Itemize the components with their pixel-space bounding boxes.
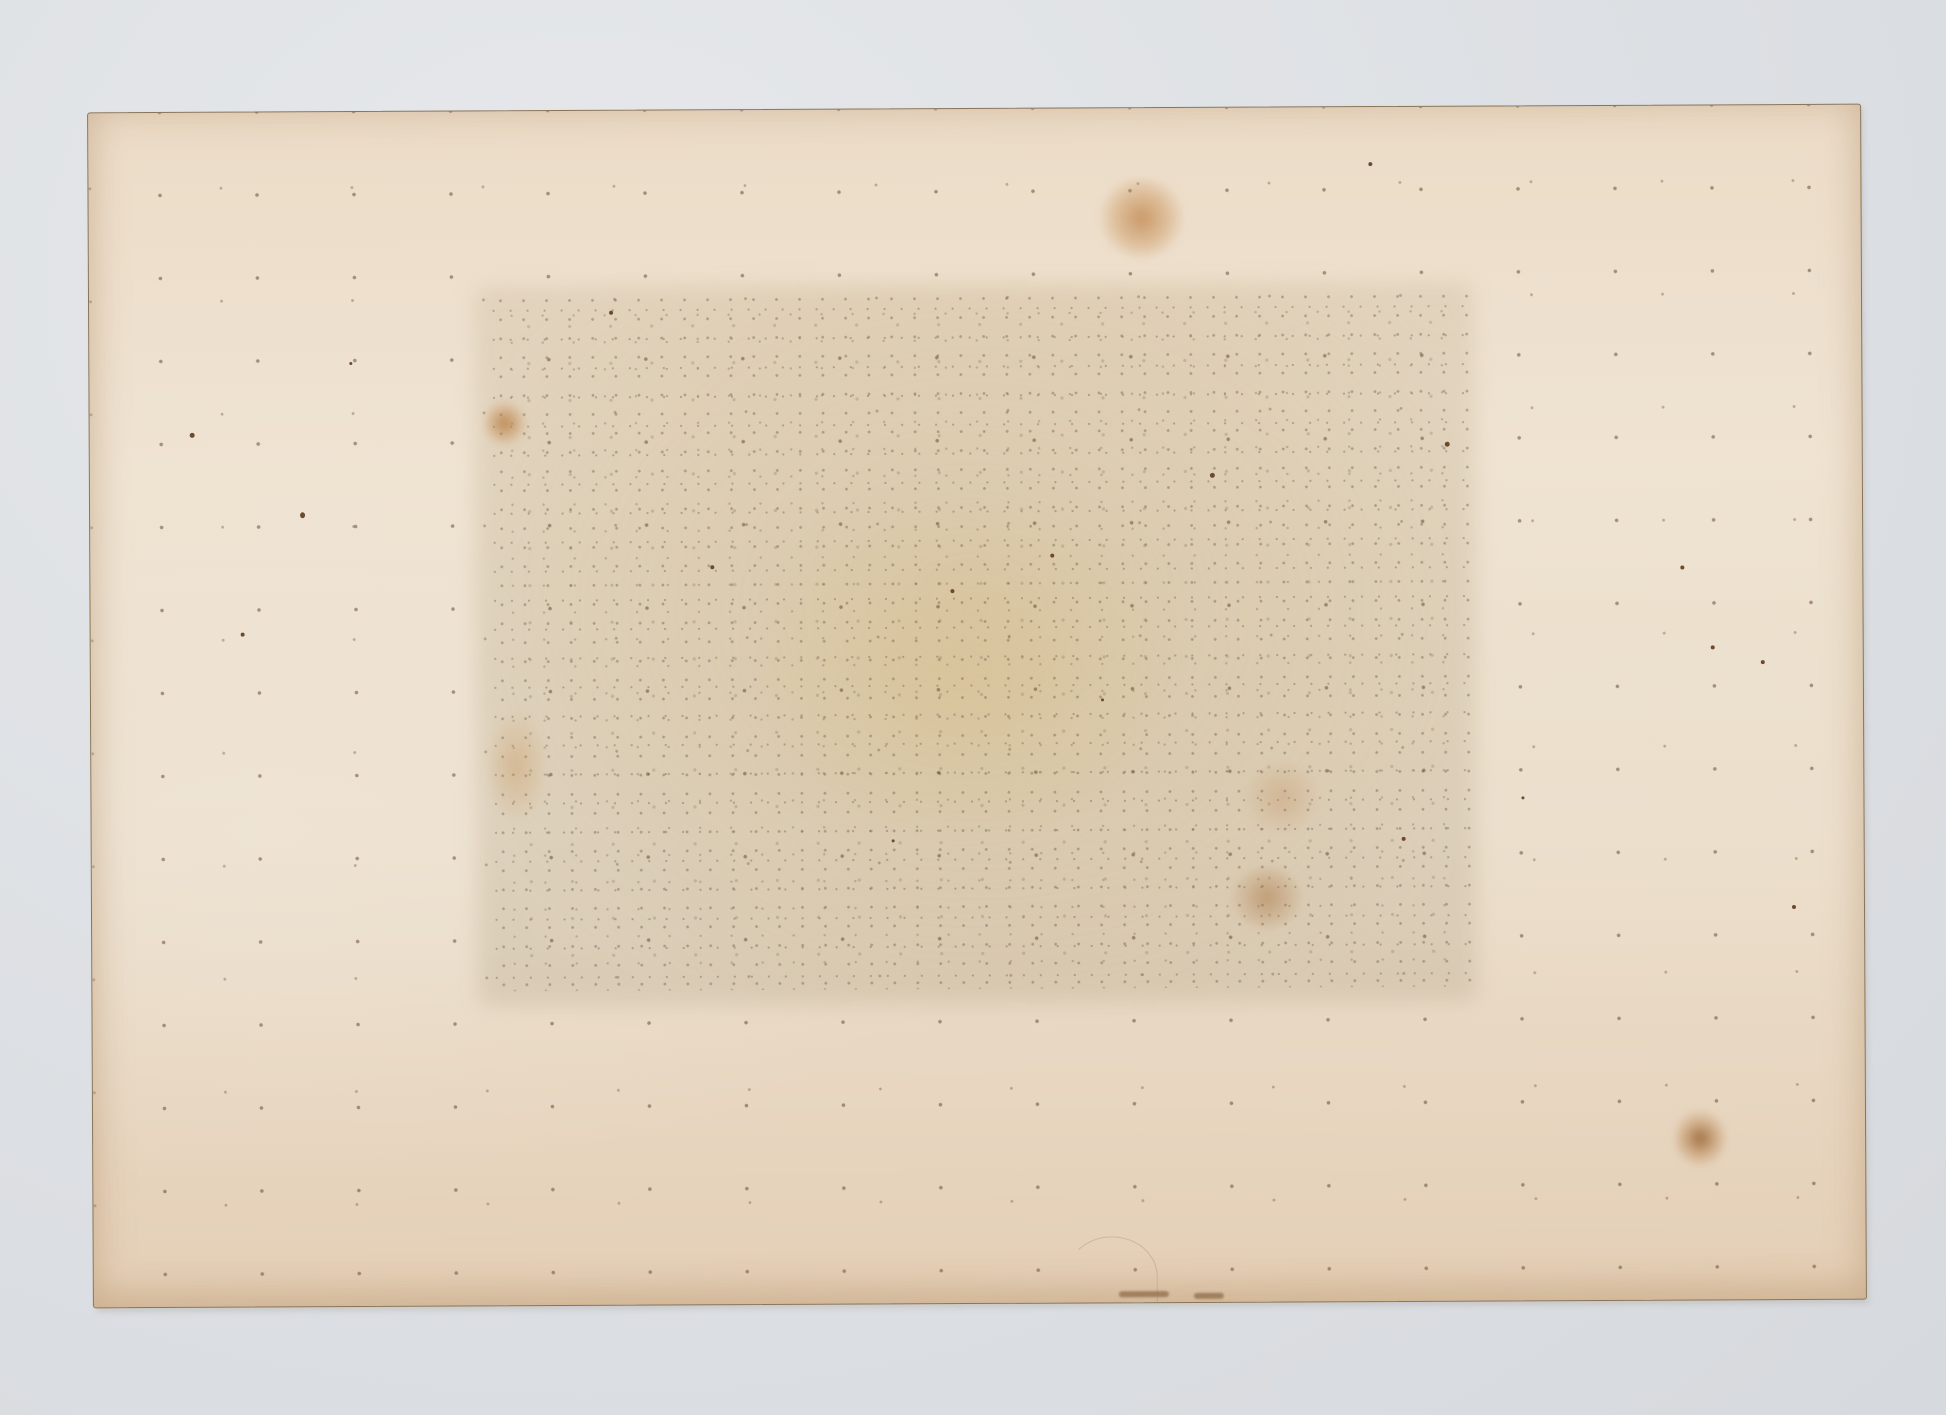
foxing-stain-right-small	[1241, 762, 1321, 832]
edge-stain	[1194, 1293, 1224, 1299]
foxing-dot	[1210, 473, 1215, 478]
foxing-dot	[1101, 698, 1104, 701]
paper-sheet	[87, 104, 1867, 1309]
foxing-stain-top-center	[1098, 178, 1184, 258]
foxing-dot	[1680, 566, 1684, 570]
foxing-dot	[710, 565, 714, 569]
foxing-dot	[1402, 837, 1406, 841]
foxing-dot	[1761, 660, 1765, 664]
edge-stain	[1119, 1291, 1169, 1297]
foxing-stain-plate-left	[486, 711, 547, 821]
foxing-dot	[1792, 905, 1796, 909]
foxing-stain-center-lower	[1232, 867, 1302, 927]
foxing-dot	[609, 311, 613, 315]
foxing-dot	[190, 433, 195, 438]
foxing-dot	[1050, 554, 1054, 558]
foxing-stain-left	[485, 401, 525, 445]
foxing-dot	[950, 589, 954, 593]
foxing-dot	[300, 512, 305, 518]
foxing-stain-bottom-right	[1675, 1110, 1725, 1166]
foxing-dot	[349, 362, 352, 365]
foxing-dot	[1521, 796, 1524, 799]
foxing-dot	[892, 839, 895, 842]
foxing-dot	[241, 633, 245, 637]
foxing-speckles	[88, 105, 1866, 1308]
foxing-dot	[1711, 645, 1715, 649]
foxing-dot	[1368, 162, 1372, 166]
foxing-dot	[1445, 442, 1450, 447]
